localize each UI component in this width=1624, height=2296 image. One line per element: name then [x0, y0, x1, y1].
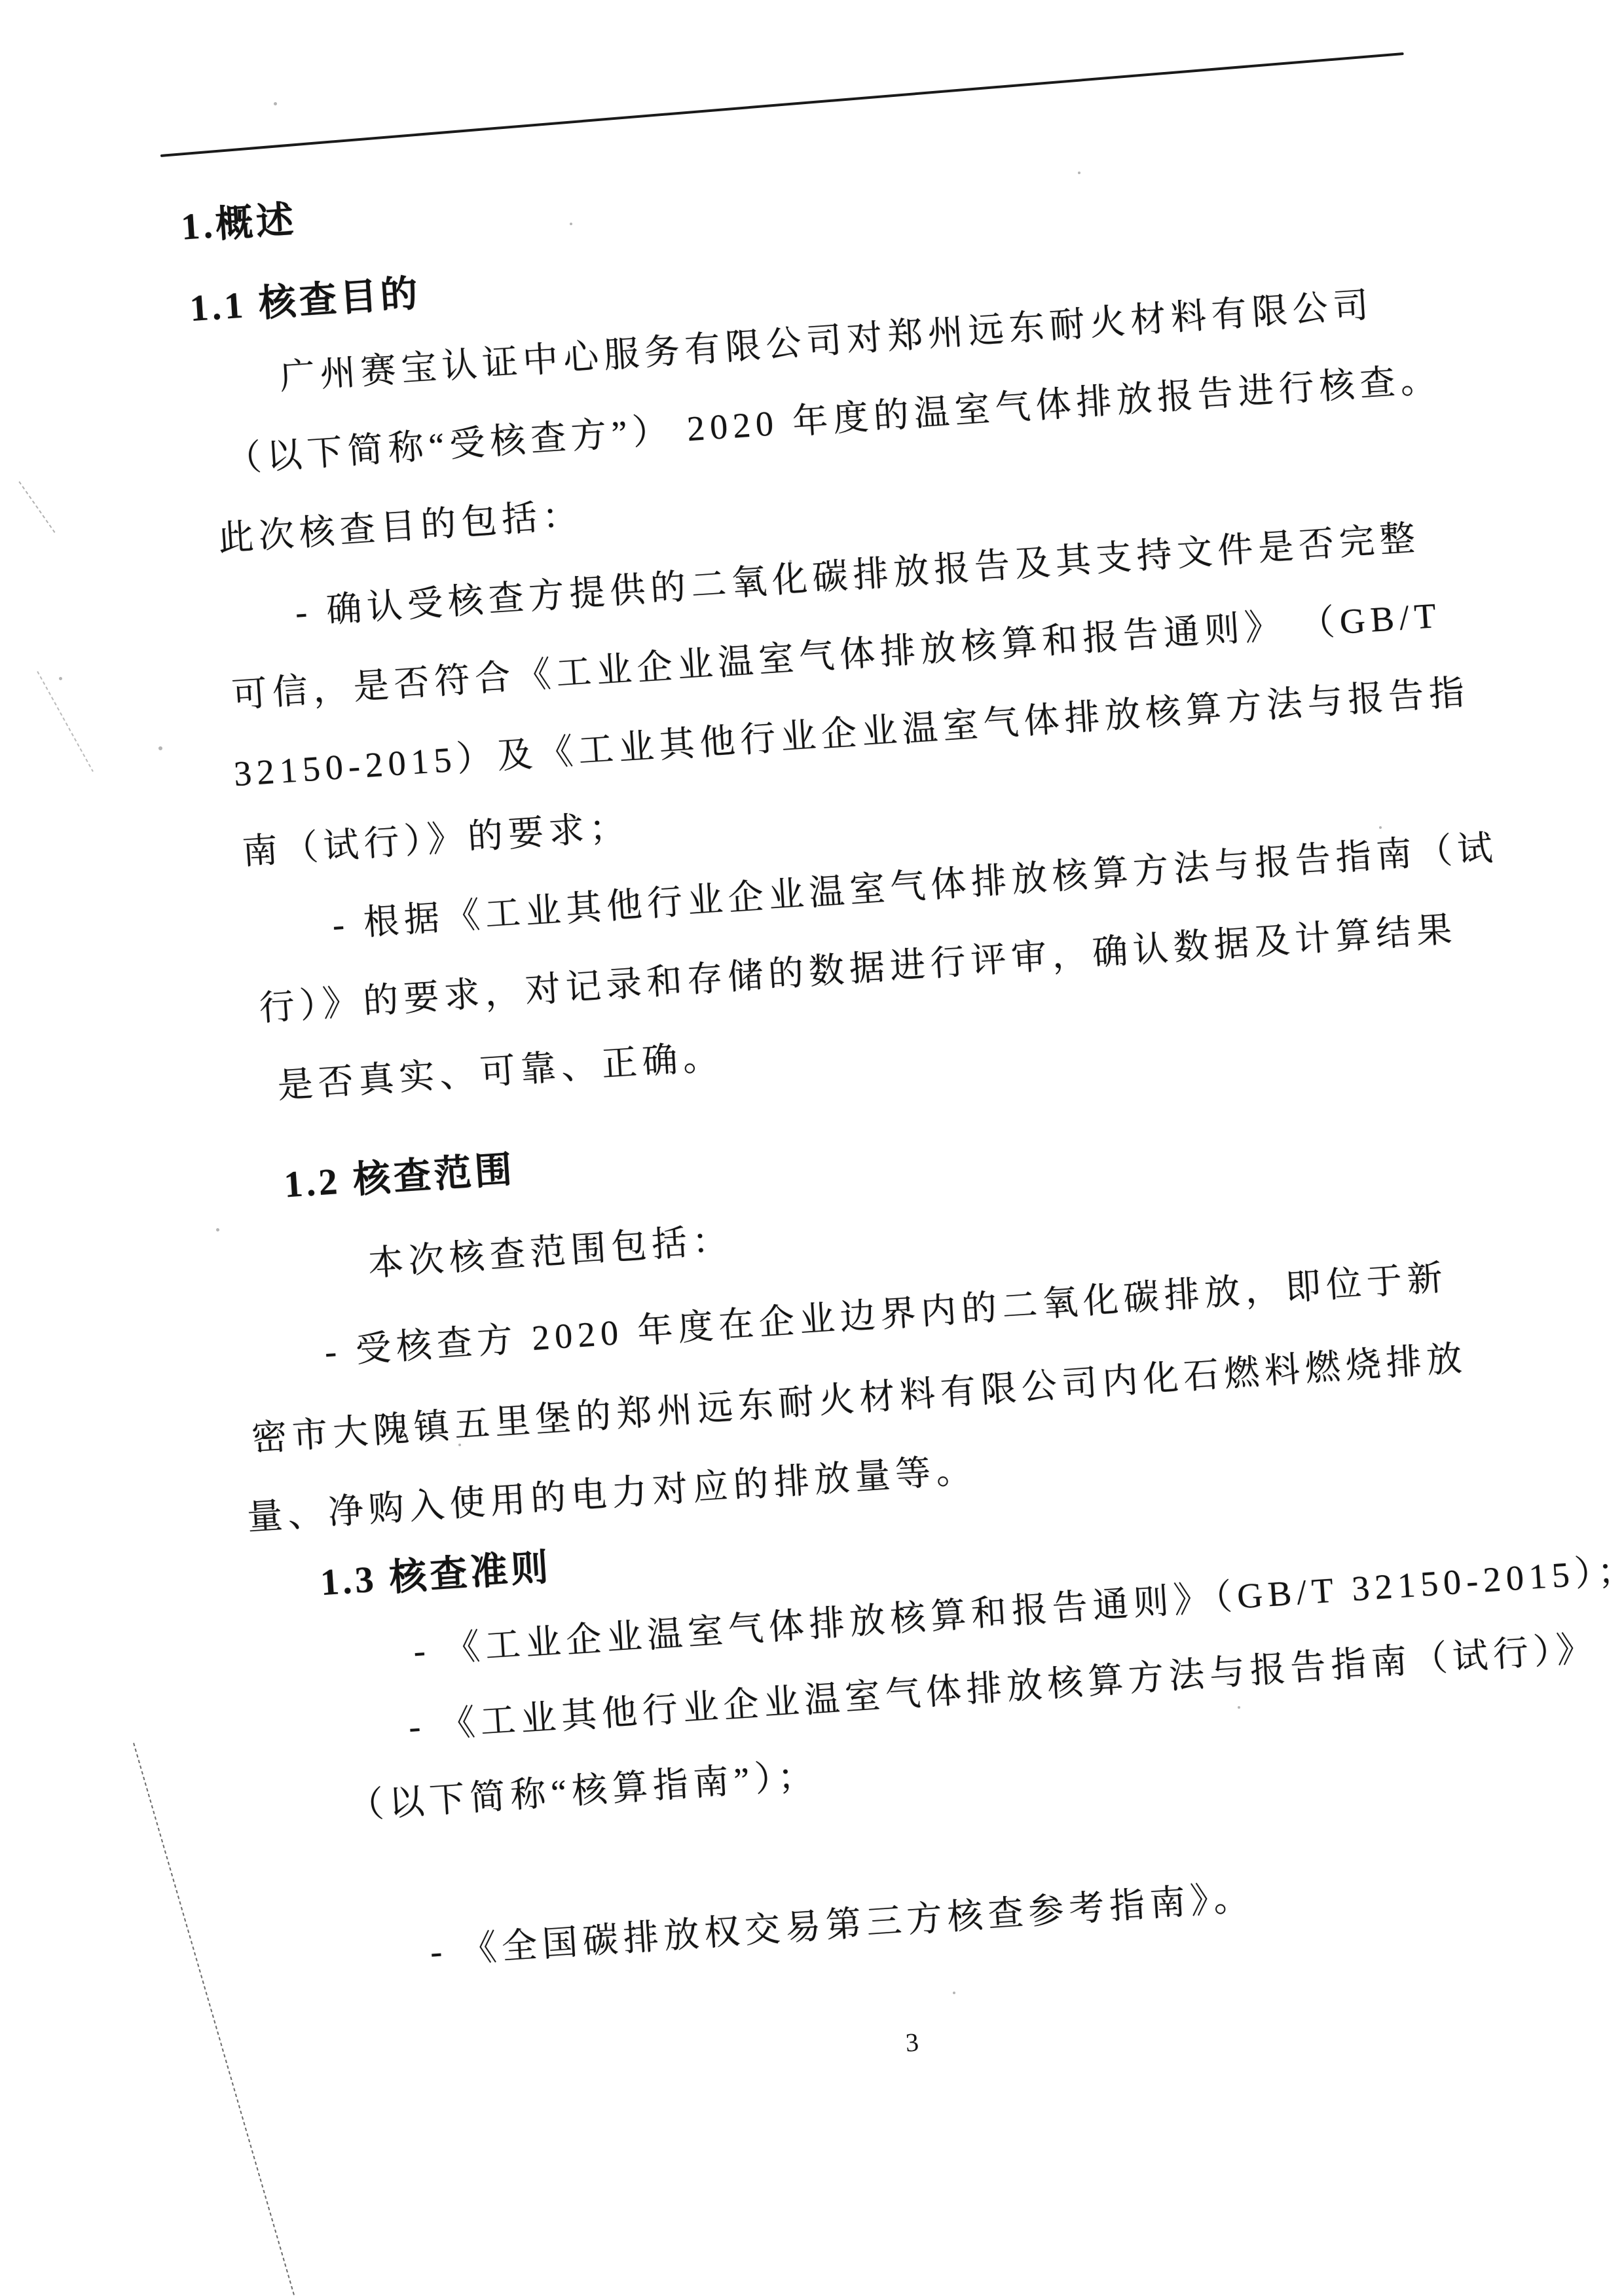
scan-artifact-speck — [953, 1992, 955, 1994]
scan-artifact-speck — [1379, 826, 1382, 829]
scan-artifact-scratch — [18, 481, 55, 533]
scan-artifact-speck — [216, 1228, 219, 1231]
scanned-document-page: 1.概述 1.1 核查目的 广州赛宝认证中心服务有限公司对郑州远东耐火材料有限公… — [0, 0, 1624, 2296]
paragraph-line: 此次核查目的包括： — [217, 494, 584, 560]
paragraph-line: 南（试行）》的要求； — [241, 805, 631, 873]
heading-1-2: 1.2 核查范围 — [283, 1148, 517, 1208]
bullet-line: - 《全国碳排放权交易第三方核查参考指南》。 — [429, 1876, 1255, 1973]
scan-artifact-speck — [1035, 717, 1037, 720]
page-content: 1.概述 1.1 核查目的 广州赛宝认证中心服务有限公司对郑州远东耐火材料有限公… — [118, 75, 1594, 2221]
section-title-overview: 1.概述 — [179, 198, 298, 250]
scan-artifact-speck — [274, 102, 277, 105]
paragraph-line: 是否真实、可靠、正确。 — [276, 1036, 725, 1108]
heading-1-1: 1.1 核查目的 — [189, 272, 422, 332]
paragraph-line: 本次核查范围包括： — [367, 1218, 734, 1285]
scan-artifact-speck — [1078, 172, 1080, 174]
scan-artifact-speck — [1238, 1706, 1240, 1709]
scan-artifact-speck — [158, 746, 162, 750]
paragraph-line: 量、净购入使用的电力对应的排放量等。 — [246, 1449, 978, 1540]
scan-artifact-scratch — [37, 671, 94, 772]
heading-1-3: 1.3 核查准则 — [319, 1546, 553, 1606]
scan-artifact-speck — [59, 677, 62, 680]
page-number: 3 — [904, 2026, 920, 2058]
paragraph-line: （以下简称“核算指南”）； — [347, 1755, 820, 1828]
scan-artifact-speck — [789, 560, 792, 562]
scan-artifact-speck — [458, 1444, 461, 1446]
scan-artifact-speck — [570, 223, 572, 225]
